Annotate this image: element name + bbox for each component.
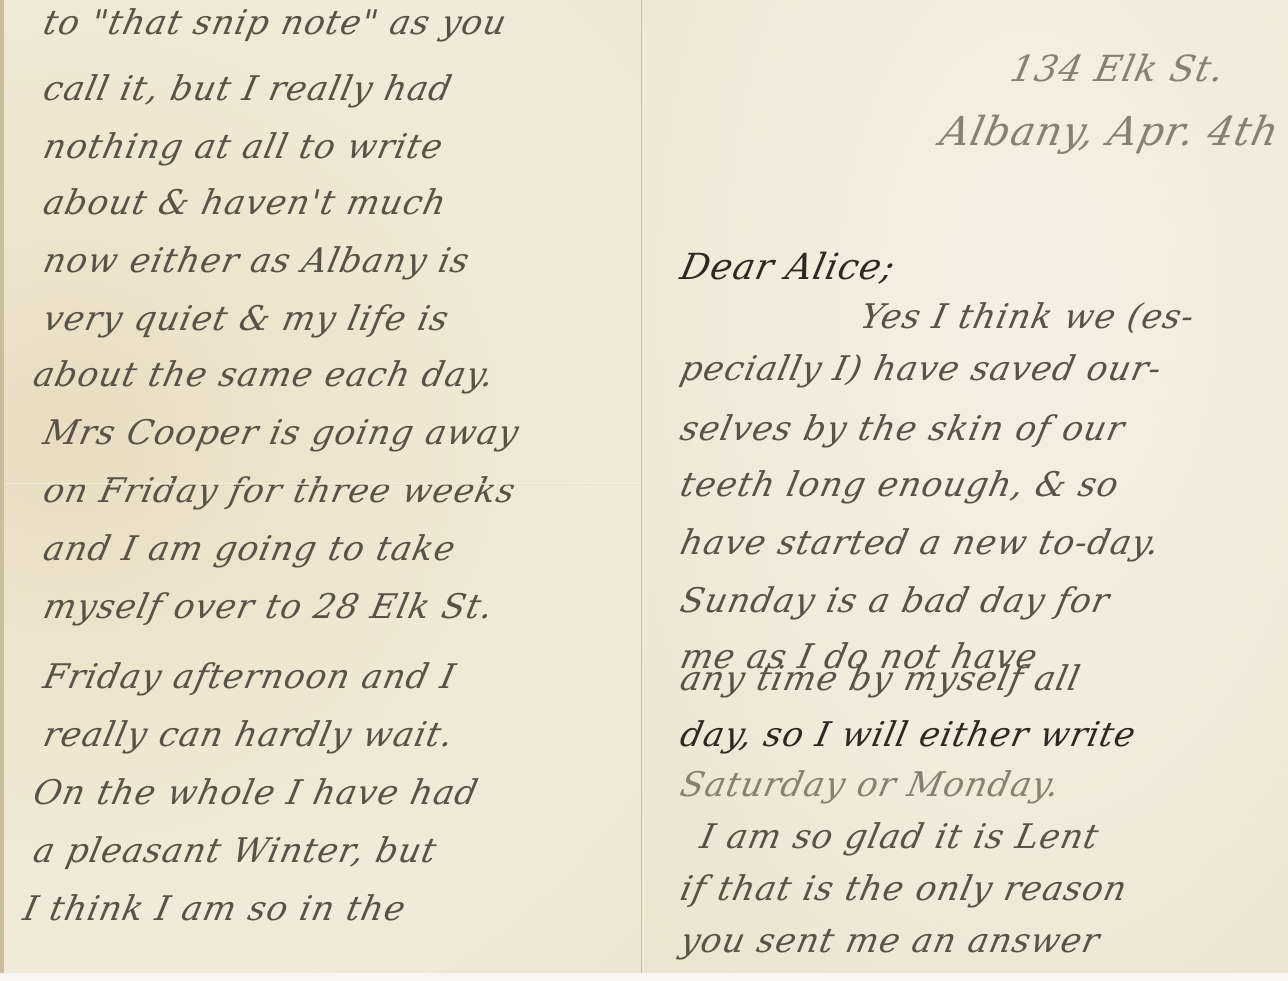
right-line-1: Yes I think we (es- [857,300,1197,334]
left-line-8: Mrs Cooper is going away [40,416,522,450]
right-line-6: Sunday is a bad day for [677,584,1113,618]
right-line-11: I am so glad it is Lent [697,820,1102,854]
salutation: Dear Alice; [677,250,899,286]
left-page: to "that snip note" as you call it, but … [0,0,641,973]
right-line-13: you sent me an answer [677,924,1103,958]
right-line-5: have started a new to-day. [677,526,1163,560]
left-line-2: call it, but I really had [40,72,455,106]
right-line-12: if that is the only reason [677,872,1130,906]
left-line-3: nothing at all to write [40,130,446,164]
horizontal-fold [4,483,645,485]
right-line-4: teeth long enough, & so [677,468,1122,502]
right-line-8: any time by myself all [677,662,1083,696]
left-line-6: very quiet & my life is [40,302,452,336]
left-line-13: really can hardly wait. [40,718,456,752]
left-line-16: I think I am so in the [20,892,409,926]
left-line-14: On the whole I have had [30,776,481,810]
left-line-10: and I am going to take [40,532,459,566]
right-line-10: Saturday or Monday. [677,768,1063,802]
left-line-1: to "that snip note" as you [40,6,510,40]
right-line-3: selves by the skin of our [677,412,1128,446]
left-line-9: on Friday for three weeks [40,474,519,508]
letter-spread: to "that snip note" as you call it, but … [0,0,1288,973]
scan-margin [0,973,1288,981]
right-page: 134 Elk St. Albany, Apr. 4th Dear Alice;… [641,0,1288,973]
left-line-4: about & haven't much [40,186,449,220]
left-line-15: a pleasant Winter, but [30,834,440,868]
left-line-11: myself over to 28 Elk St. [40,590,496,624]
left-line-7: about the same each day. [30,358,497,392]
left-line-12: Friday afternoon and I [40,660,459,694]
center-fold [641,0,645,973]
place-date-line: Albany, Apr. 4th [937,112,1283,152]
right-line-9: day, so I will either write [677,718,1139,752]
left-line-5: now either as Albany is [40,244,472,278]
right-line-2: pecially I) have saved our- [677,352,1165,386]
address-line: 134 Elk St. [1007,52,1227,88]
